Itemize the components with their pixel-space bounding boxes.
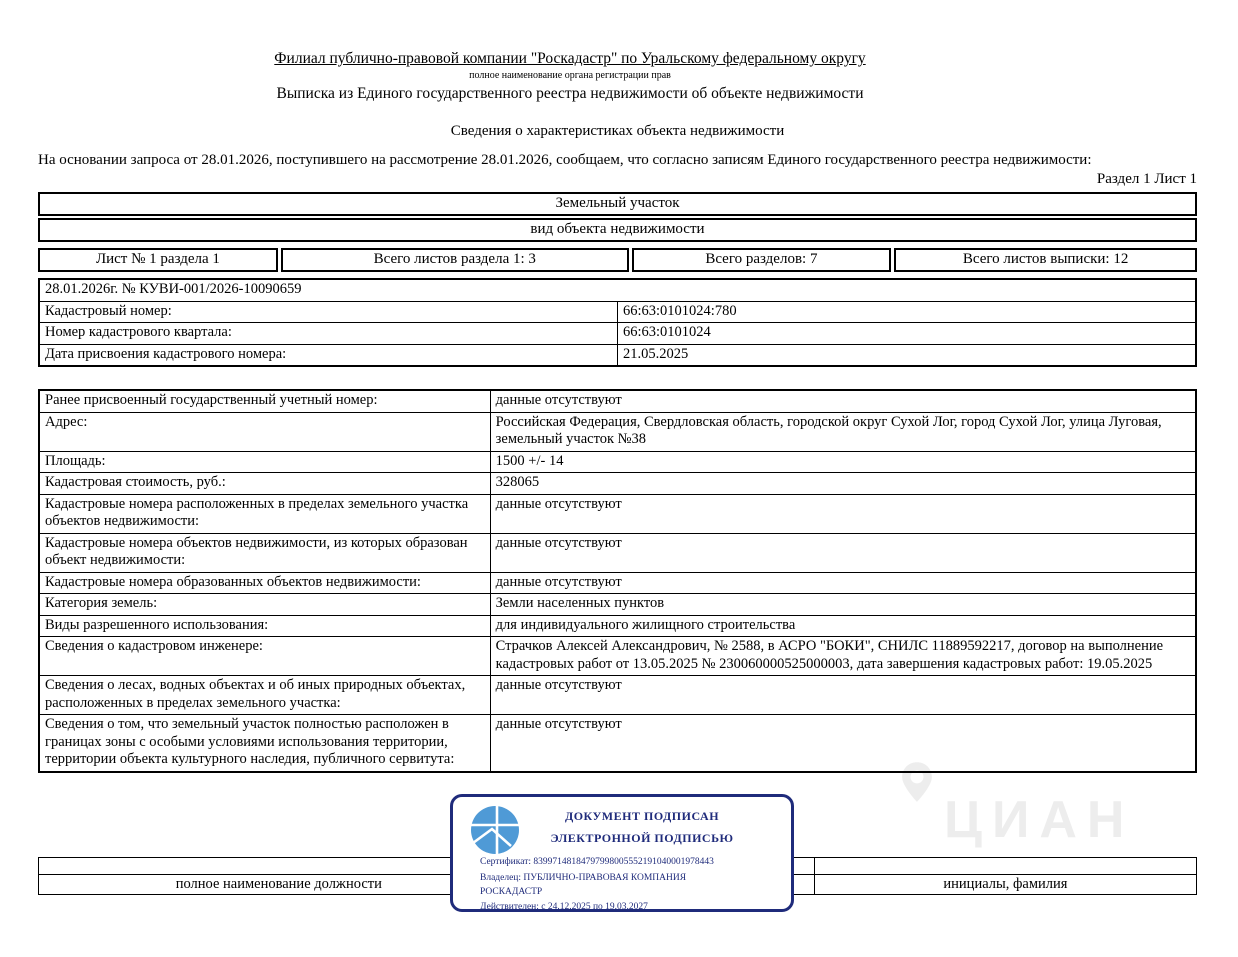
row-label: Кадастровый номер: (39, 301, 618, 323)
roskadastr-logo-icon (471, 806, 519, 854)
request-number: 28.01.2026г. № КУВИ-001/2026-10090659 (39, 279, 1196, 301)
object-type-value: Земельный участок (38, 192, 1197, 216)
row-value: данные отсутствуют (490, 572, 1196, 594)
row-value: Земли населенных пунктов (490, 594, 1196, 616)
table-row: Сведения о кадастровом инженере: Страчко… (39, 637, 1196, 676)
table-row: 28.01.2026г. № КУВИ-001/2026-10090659 (39, 279, 1196, 301)
signature-space-right (814, 857, 1196, 874)
intro-text: На основании запроса от 28.01.2026, пост… (38, 152, 1197, 169)
row-value: данные отсутствуют (490, 494, 1196, 533)
row-label: Категория земель: (39, 594, 490, 616)
table-row: Кадастровый номер: 66:63:0101024:780 (39, 301, 1196, 323)
object-type-caption: вид объекта недвижимости (38, 218, 1197, 242)
org-title: Филиал публично-правовой компании "Роска… (38, 50, 1102, 68)
org-subtitle: полное наименование органа регистрации п… (38, 70, 1102, 81)
table-row: Кадастровые номера объектов недвижимости… (39, 533, 1196, 572)
row-label: Площадь: (39, 451, 490, 473)
document-page: ЦИАН Филиал публично-правовой компании "… (0, 0, 1238, 957)
table-row: Сведения о лесах, водных объектах и об и… (39, 676, 1196, 715)
details-table: Ранее присвоенный государственный учетны… (38, 389, 1197, 773)
row-label: Кадастровые номера объектов недвижимости… (39, 533, 490, 572)
table-row: Кадастровые номера расположенных в преде… (39, 494, 1196, 533)
row-label: Кадастровые номера образованных объектов… (39, 572, 490, 594)
table-row: Сведения о том, что земельный участок по… (39, 715, 1196, 772)
e-signature-stamp: ДОКУМЕНТ ПОДПИСАН ЭЛЕКТРОННОЙ ПОДПИСЬЮ С… (450, 794, 794, 912)
table-row: Ранее присвоенный государственный учетны… (39, 390, 1196, 412)
row-label: Сведения о том, что земельный участок по… (39, 715, 490, 772)
row-value: для индивидуального жилищного строительс… (490, 615, 1196, 637)
row-label: Дата присвоения кадастрового номера: (39, 344, 618, 366)
doc-title: Выписка из Единого государственного реес… (38, 85, 1102, 103)
table-row: Номер кадастрового квартала: 66:63:01010… (39, 323, 1196, 345)
row-value: 66:63:0101024:780 (618, 301, 1197, 323)
row-value: 328065 (490, 473, 1196, 495)
stamp-owner-org: РОСКАДАСТР (480, 886, 791, 898)
sheet-info-cell: Всего листов выписки: 12 (894, 248, 1197, 272)
row-value: данные отсутствуют (490, 676, 1196, 715)
request-table: 28.01.2026г. № КУВИ-001/2026-10090659 Ка… (38, 278, 1197, 367)
row-label: Сведения о лесах, водных объектах и об и… (39, 676, 490, 715)
footer-right-caption: инициалы, фамилия (814, 874, 1196, 894)
table-row: Адрес: Российская Федерация, Свердловска… (39, 412, 1196, 451)
row-value: 66:63:0101024 (618, 323, 1197, 345)
table-row: Дата присвоения кадастрового номера: 21.… (39, 344, 1196, 366)
row-value: 21.05.2025 (618, 344, 1197, 366)
sheet-info-cell: Всего разделов: 7 (632, 248, 892, 272)
sheet-info-row: Лист № 1 раздела 1 Всего листов раздела … (38, 248, 1197, 272)
row-label: Кадастровая стоимость, руб.: (39, 473, 490, 495)
stamp-validity: Действителен: с 24.12.2025 по 19.03.2027 (480, 901, 791, 913)
row-value: 1500 +/- 14 (490, 451, 1196, 473)
row-label: Виды разрешенного использования: (39, 615, 490, 637)
row-label: Адрес: (39, 412, 490, 451)
row-label: Сведения о кадастровом инженере: (39, 637, 490, 676)
section-title: Сведения о характеристиках объекта недви… (38, 123, 1197, 140)
row-label: Ранее присвоенный государственный учетны… (39, 390, 490, 412)
footer-left-caption: полное наименование должности (39, 874, 520, 894)
row-value: данные отсутствуют (490, 533, 1196, 572)
table-row: Категория земель: Земли населенных пункт… (39, 594, 1196, 616)
table-row: Виды разрешенного использования: для инд… (39, 615, 1196, 637)
signature-space-left (39, 857, 520, 874)
sheet-info-cell: Всего листов раздела 1: 3 (281, 248, 629, 272)
document-header: Филиал публично-правовой компании "Роска… (38, 0, 1197, 103)
row-value: Страчков Алексей Александрович, № 2588, … (490, 637, 1196, 676)
stamp-certificate: Сертификат: 8399714818479799800555219104… (480, 856, 791, 868)
row-label: Номер кадастрового квартала: (39, 323, 618, 345)
row-value: данные отсутствуют (490, 715, 1196, 772)
stamp-owner: Владелец: ПУБЛИЧНО-ПРАВОВАЯ КОМПАНИЯ (480, 872, 791, 884)
row-label: Кадастровые номера расположенных в преде… (39, 494, 490, 533)
table-row: Площадь: 1500 +/- 14 (39, 451, 1196, 473)
table-row: Кадастровая стоимость, руб.: 328065 (39, 473, 1196, 495)
section-sheet-label: Раздел 1 Лист 1 (38, 171, 1197, 188)
row-value: Российская Федерация, Свердловская облас… (490, 412, 1196, 451)
row-value: данные отсутствуют (490, 390, 1196, 412)
table-row: Кадастровые номера образованных объектов… (39, 572, 1196, 594)
sheet-info-cell: Лист № 1 раздела 1 (38, 248, 278, 272)
